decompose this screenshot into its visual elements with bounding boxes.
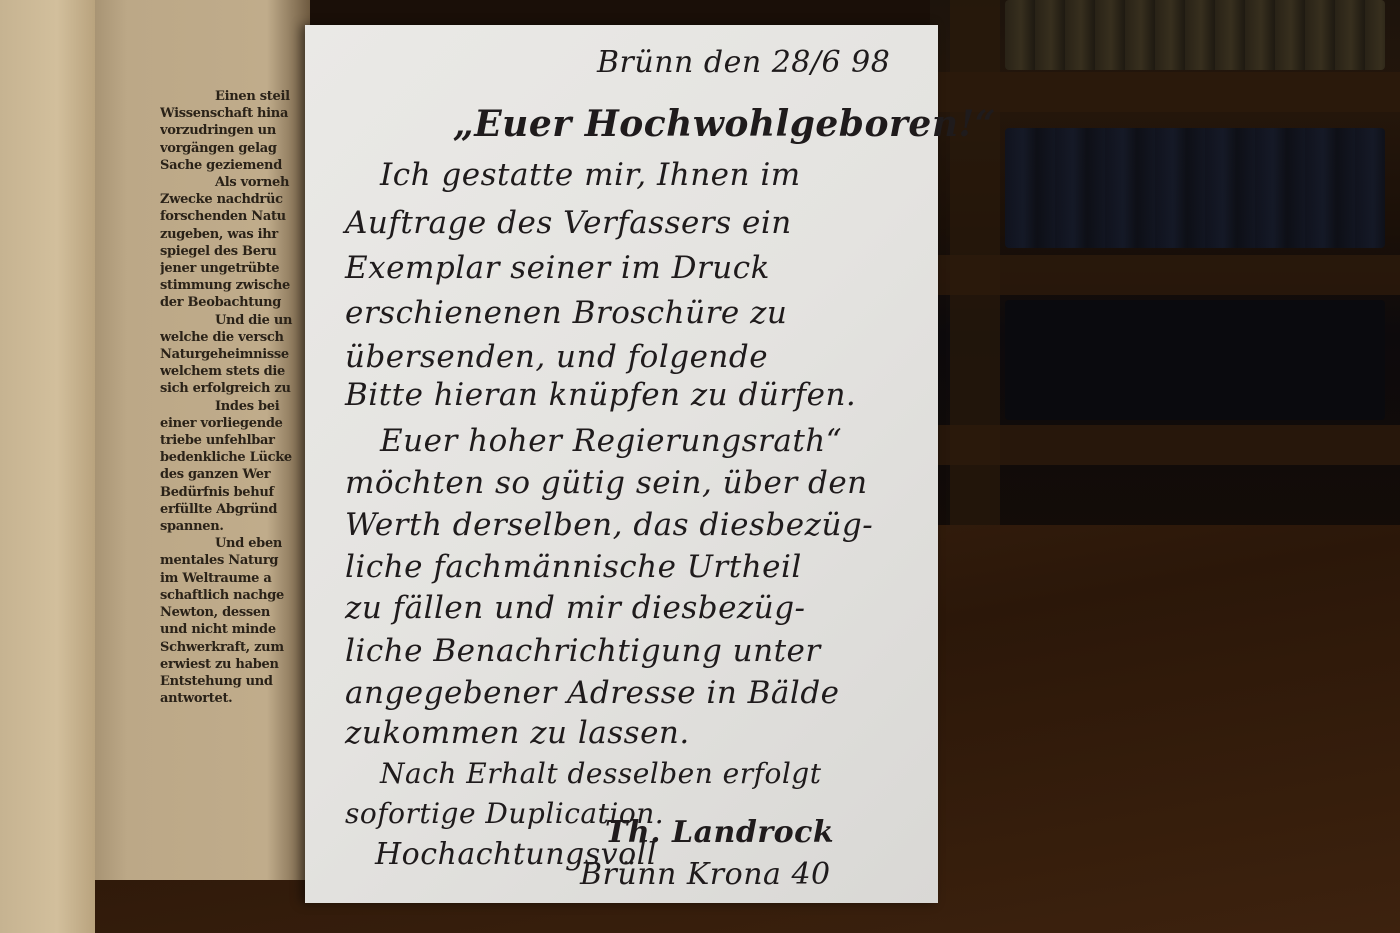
book-line: jener ungetrübte [160, 260, 305, 277]
book-fraktur-text: Einen steil Wissenschaft hina vorzudring… [160, 88, 305, 707]
letter-line: möchten so gütig sein, über den [345, 465, 868, 501]
shelf-board [930, 72, 1400, 112]
letter-signature: Th. Landrock [605, 815, 834, 850]
letter-date: Brünn den 28/6 98 [597, 45, 890, 80]
letter-line: liche fachmännische Urtheil [345, 549, 802, 585]
book-line: im Weltraume a [160, 570, 305, 587]
book-line: Naturgeheimnisse [160, 346, 305, 363]
book-line: Entstehung und [160, 673, 305, 690]
shelf-books-middle [1005, 128, 1385, 248]
letter-line: Nach Erhalt desselben erfolgt [380, 757, 821, 790]
letter-line: angegebener Adresse in Bälde [345, 675, 840, 711]
book-line: Und die un [160, 312, 305, 329]
book-line: vorgängen gelag [160, 140, 305, 157]
handwritten-letter: Brünn den 28/6 98 „Euer Hochwohlgeboren!… [305, 25, 938, 903]
letter-line: erschienenen Broschüre zu [345, 295, 787, 331]
book-line: zugeben, was ihr [160, 226, 305, 243]
letter-line: Bitte hieran knüpfen zu dürfen. [345, 377, 856, 413]
book-line: triebe unfehlbar [160, 432, 305, 449]
book-line: der Beobachtung [160, 294, 305, 311]
shelf-board [930, 425, 1400, 465]
shelf-board [930, 255, 1400, 295]
book-line: Schwerkraft, zum [160, 639, 305, 656]
book-line: erwiest zu haben [160, 656, 305, 673]
letter-line: liche Benachrichtigung unter [345, 633, 821, 669]
book-line: vorzudringen un [160, 122, 305, 139]
book-line: spiegel des Beru [160, 243, 305, 260]
shelf-books-top [1005, 0, 1385, 70]
book-line: Bedürfnis behuf [160, 484, 305, 501]
book-line: bedenkliche Lücke [160, 449, 305, 466]
book-line: Als vorneh [160, 174, 305, 191]
book-line: stimmung zwische [160, 277, 305, 294]
letter-line: zu fällen und mir diesbezüg- [345, 590, 806, 626]
book-line: erfüllte Abgründ [160, 501, 305, 518]
bookshelf-background [930, 0, 1400, 560]
book-line: sich erfolgreich zu [160, 380, 305, 397]
book-line: welchem stets die [160, 363, 305, 380]
letter-line: Euer hoher Regierungsrath“ [380, 423, 842, 459]
book-line: forschenden Natu [160, 208, 305, 225]
letter-line: Auftrage des Verfassers ein [345, 205, 792, 241]
book-line: Sache geziemend [160, 157, 305, 174]
book-line: Wissenschaft hina [160, 105, 305, 122]
book-line: welche die versch [160, 329, 305, 346]
letter-address: Brünn Krona 40 [580, 857, 831, 892]
book-line: Und eben [160, 535, 305, 552]
letter-line: Werth derselben, das diesbezüg- [345, 507, 873, 543]
book-line: mentales Naturg [160, 552, 305, 569]
letter-salutation: „Euer Hochwohlgeboren!“ [453, 103, 996, 145]
book-line: antwortet. [160, 690, 305, 707]
letter-line: übersenden, und folgende [345, 339, 768, 375]
book-line: spannen. [160, 518, 305, 535]
letter-line: Exemplar seiner im Druck [345, 250, 770, 286]
letter-line: zukommen zu lassen. [345, 715, 690, 751]
book-line: Einen steil [160, 88, 305, 105]
book-line: schaftlich nachge [160, 587, 305, 604]
book-line: Zwecke nachdrüc [160, 191, 305, 208]
book-line: und nicht minde [160, 621, 305, 638]
book-line: Newton, dessen [160, 604, 305, 621]
book-line: einer vorliegende [160, 415, 305, 432]
letter-line: Ich gestatte mir, Ihnen im [380, 157, 801, 193]
book-line: Indes bei [160, 398, 305, 415]
shelf-books-bottom [1005, 300, 1385, 420]
book-left-page-edge [0, 0, 95, 933]
book-line: des ganzen Wer [160, 466, 305, 483]
